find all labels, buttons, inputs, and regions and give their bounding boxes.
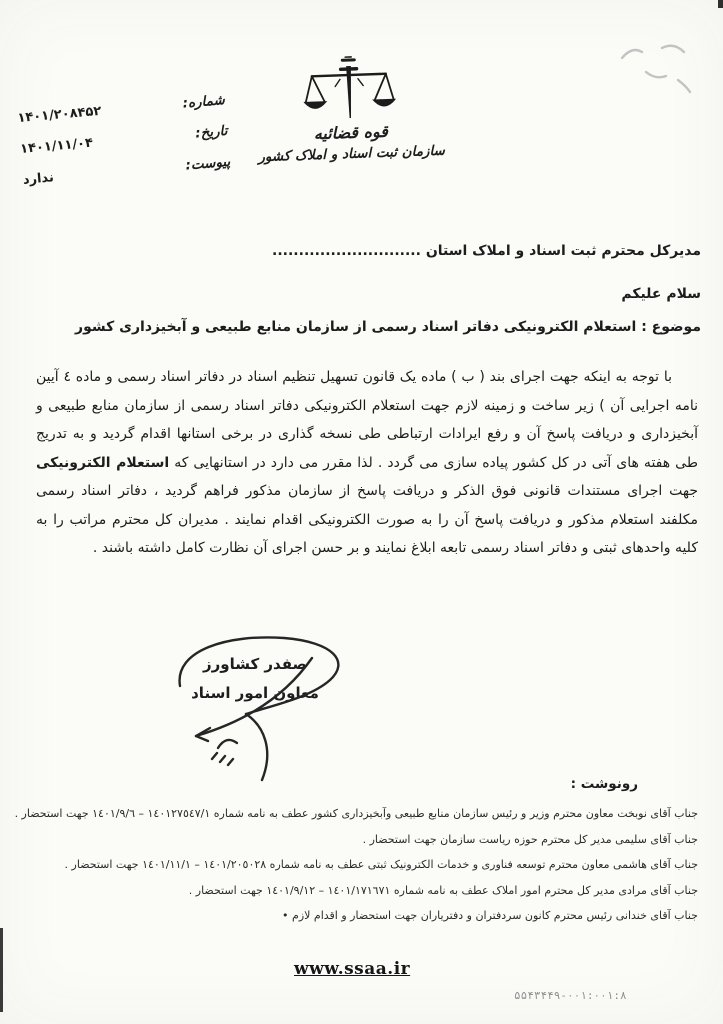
signature-title: معاون امور اسناد bbox=[160, 679, 350, 708]
salutation-line: سلام علیکم bbox=[621, 286, 701, 302]
scanned-letter-page: شماره: ۱۴۰۱/۲۰۸۴۵۲ تاریخ: ۱۴۰۱/۱۱/۰۴ پیو… bbox=[0, 0, 723, 1024]
cc-item: جناب آقای مرادی مدیر کل محترم امور املاک… bbox=[8, 878, 698, 904]
recipient-line: مدیرکل محترم ثبت اسناد و املاک استان ...… bbox=[272, 243, 701, 259]
scales-of-justice-icon bbox=[302, 54, 396, 123]
letter-attachment-label: پیوست: bbox=[185, 154, 231, 174]
body-text-bold: استعلام الکترونیکی bbox=[36, 455, 169, 471]
organization-name: سازمان ثبت اسناد و املاک کشور bbox=[253, 143, 449, 166]
dot-matrix-stamp-number: ۵۵۴۳۴۴۹-۰۰۱:۰۰۱:۸ bbox=[514, 989, 627, 1002]
subject-line: موضوع : استعلام الکترونیکی دفاتر اسناد ر… bbox=[75, 319, 701, 335]
cc-item: جناب آقای خندانی رئیس محترم کانون سردفتر… bbox=[8, 903, 698, 929]
letterhead-emblem-block: قوه قضائیه سازمان ثبت اسناد و املاک کشور bbox=[250, 53, 450, 166]
letter-attachment-row: پیوست: ندارد bbox=[22, 154, 231, 188]
signature-name: صفدر کشاورز bbox=[160, 650, 350, 679]
cc-item: جناب آقای نوبخت معاون محترم وزیر و رئیس … bbox=[8, 801, 698, 827]
letter-attachment-value: ندارد bbox=[22, 170, 54, 188]
cc-heading: رونوشت : bbox=[571, 776, 638, 792]
cc-item: جناب آقای هاشمی معاون محترم توسعه فناوری… bbox=[8, 852, 698, 878]
signature-block: صفدر کشاورز معاون امور اسناد bbox=[160, 650, 350, 708]
letter-date-row: تاریخ: ۱۴۰۱/۱۱/۰۴ bbox=[19, 123, 228, 157]
letter-number-row: شماره: ۱۴۰۱/۲۰۸۴۵۲ bbox=[17, 92, 226, 126]
letter-number-value: ۱۴۰۱/۲۰۸۴۵۲ bbox=[17, 104, 102, 126]
scan-corner-artifact bbox=[718, 0, 723, 8]
letter-date-label: تاریخ: bbox=[195, 123, 229, 142]
cc-item: جناب آقای سلیمی مدیر کل محترم حوزه ریاست… bbox=[8, 827, 698, 853]
body-paragraph: با توجه به اینکه جهت اجرای بند ( ب ) ماد… bbox=[36, 363, 698, 563]
cc-list: جناب آقای نوبخت معاون محترم وزیر و رئیس … bbox=[8, 801, 698, 929]
website-url: www.ssaa.ir bbox=[294, 959, 404, 979]
letter-number-label: شماره: bbox=[182, 92, 225, 112]
letterhead-reference-block: شماره: ۱۴۰۱/۲۰۸۴۵۲ تاریخ: ۱۴۰۱/۱۱/۰۴ پیو… bbox=[17, 92, 232, 203]
body-text-after: جهت اجرای مستندات قانونی فوق الذکر و دری… bbox=[36, 483, 698, 556]
scan-edge-artifact bbox=[0, 928, 3, 1012]
letter-date-value: ۱۴۰۱/۱۱/۰۴ bbox=[20, 136, 94, 157]
judiciary-title: قوه قضائیه bbox=[253, 120, 450, 146]
faint-pen-marks-icon bbox=[616, 40, 700, 98]
